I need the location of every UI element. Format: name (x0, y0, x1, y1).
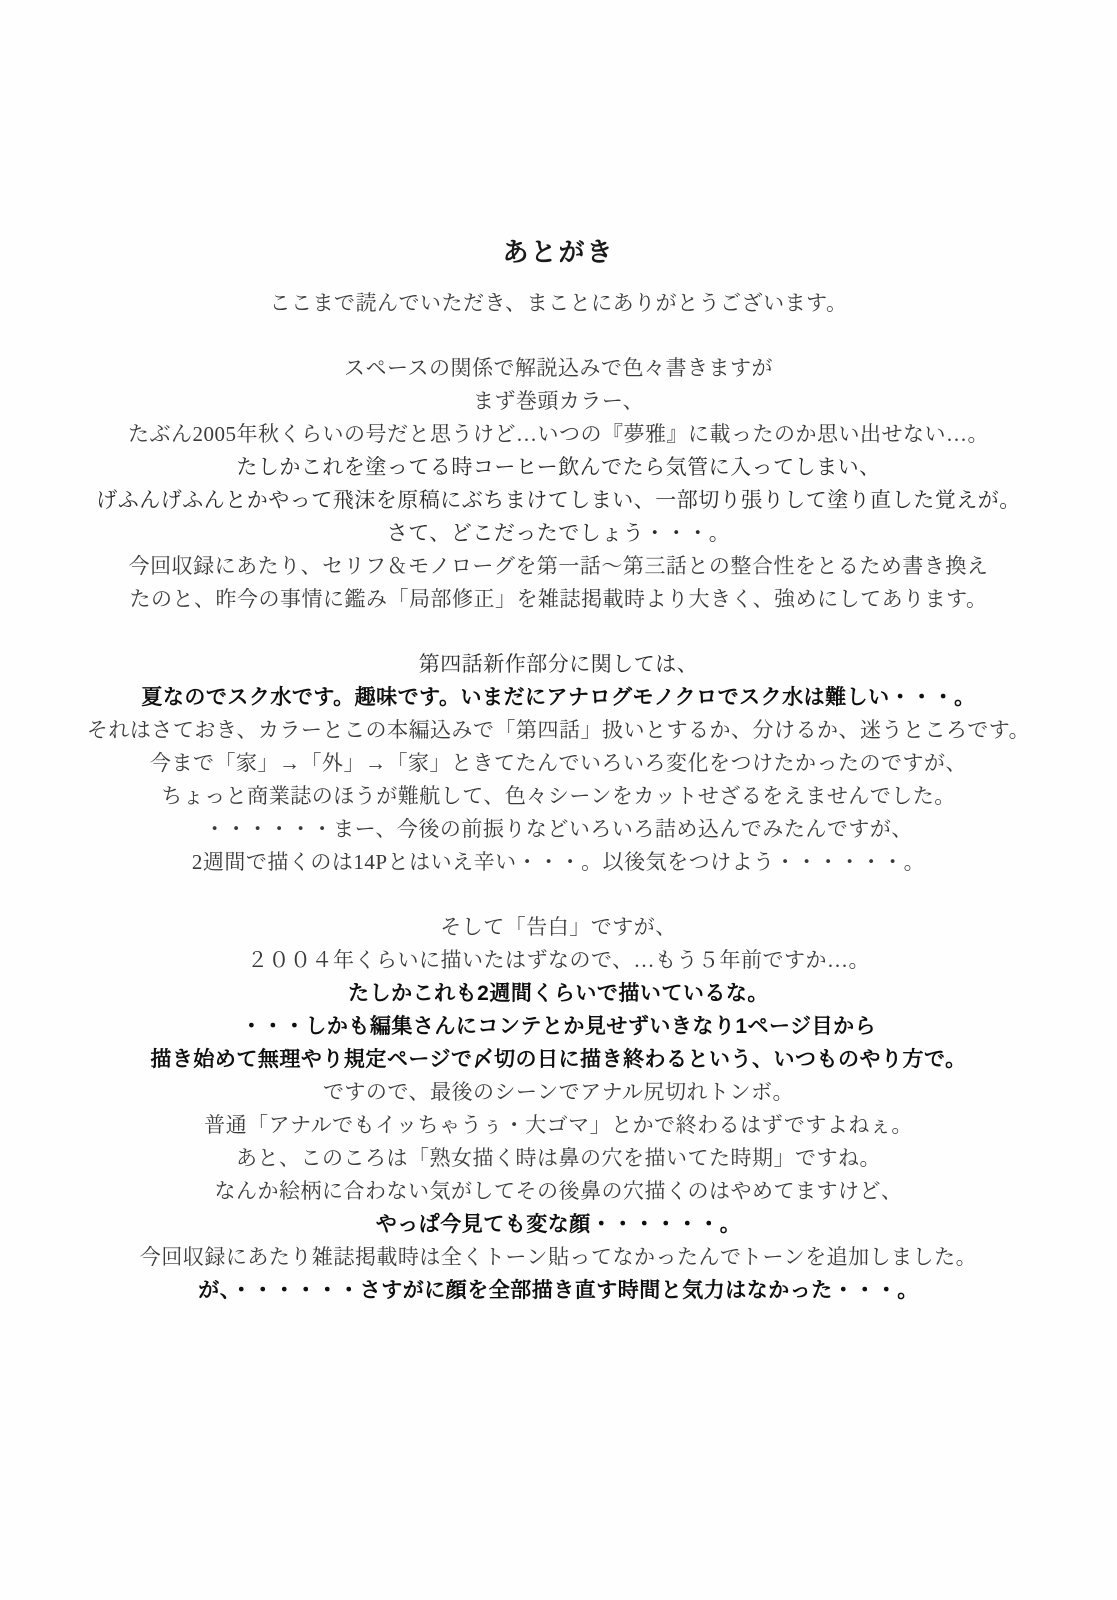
afterword-line: たしかこれも2週間くらいで描いているな。 (79, 977, 1039, 1010)
afterword-line: それはさておき、カラーとこの本編込みで「第四話」扱いとするか、分けるか、迷うとこ… (79, 714, 1039, 747)
afterword-line: ・・・しかも編集さんにコンテとか見せずいきなり1ページ目から (79, 1010, 1039, 1043)
afterword-line: スペースの関係で解説込みで色々書きますが (79, 352, 1039, 385)
afterword-line: 普通「アナルでもイッちゃうぅ・大ゴマ」とかで終わるはずですよねぇ。 (79, 1109, 1039, 1142)
afterword-line: やっぱ今見ても変な顔・・・・・・。 (79, 1208, 1039, 1241)
page-title: あとがき (79, 232, 1039, 272)
section-chapter-four: 第四話新作部分に関しては、 夏なのでスク水です。趣味です。いまだにアナログモノク… (79, 648, 1039, 879)
afterword-line: たぶん2005年秋くらいの号だと思うけど…いつの『夢雅』に載ったのか思い出せない… (79, 418, 1039, 451)
afterword-line: さて、どこだったでしょう・・・。 (79, 517, 1039, 550)
afterword-line: 今まで「家」→「外」→「家」ときてたんでいろいろ変化をつけたかったのですが、 (79, 747, 1039, 780)
afterword-line: まず巻頭カラー、 (79, 385, 1039, 418)
afterword-line: が、・・・・・・さすがに顔を全部描き直す時間と気力はなかった・・・。 (79, 1274, 1039, 1307)
afterword-line: そして「告白」ですが、 (79, 911, 1039, 944)
afterword-line: げふんげふんとかやって飛沫を原稿にぶちまけてしまい、一部切り張りして塗り直した覚… (79, 484, 1039, 517)
afterword-line: 2週間で描くのは14Pとはいえ辛い・・・。以後気をつけよう・・・・・・。 (79, 846, 1039, 879)
header-section: あとがき ここまで読んでいただき、まことにありがとうございます。 (79, 232, 1039, 320)
afterword-line: なんか絵柄に合わない気がしてその後鼻の穴描くのはやめてますけど、 (79, 1175, 1039, 1208)
afterword-line: ちょっと商業誌のほうが難航して、色々シーンをカットせざるをえませんでした。 (79, 780, 1039, 813)
afterword-line: 描き始めて無理やり規定ページで〆切の日に描き終わるという、いつものやり方で。 (79, 1043, 1039, 1076)
afterword-line: あと、このころは「熟女描く時は鼻の穴を描いてた時期」ですね。 (79, 1142, 1039, 1175)
afterword-line: 第四話新作部分に関しては、 (79, 648, 1039, 681)
afterword-line: ・・・・・・まー、今後の前振りなどいろいろ詰め込んでみたんですが、 (79, 813, 1039, 846)
afterword-line: 夏なのでスク水です。趣味です。いまだにアナログモノクロでスク水は難しい・・・。 (79, 681, 1039, 714)
afterword-line: たしかこれを塗ってる時コーヒー飲んでたら気管に入ってしまい、 (79, 451, 1039, 484)
afterword-line: 今回収録にあたり雑誌掲載時は全くトーン貼ってなかったんでトーンを追加しました。 (79, 1241, 1039, 1274)
scanned-afterword-page: あとがき ここまで読んでいただき、まことにありがとうございます。 スペースの関係… (0, 0, 1117, 1600)
afterword-line: ですので、最後のシーンでアナル尻切れトンボ。 (79, 1076, 1039, 1109)
section-kokuhaku: そして「告白」ですが、 ２００４年くらいに描いたはずなので、…もう５年前ですか…… (79, 911, 1039, 1307)
thanks-line: ここまで読んでいただき、まことにありがとうございます。 (79, 287, 1039, 320)
afterword-line: 今回収録にあたり、セリフ＆モノローグを第一話～第三話との整合性をとるため書き換え (79, 550, 1039, 583)
afterword-line: たのと、昨今の事情に鑑み「局部修正」を雑誌掲載時より大きく、強めにしてあります。 (79, 583, 1039, 616)
afterword-line: ２００４年くらいに描いたはずなので、…もう５年前ですか…。 (79, 944, 1039, 977)
section-opening-color: スペースの関係で解説込みで色々書きますが まず巻頭カラー、 たぶん2005年秋く… (79, 352, 1039, 616)
afterword-text-block: あとがき ここまで読んでいただき、まことにありがとうございます。 スペースの関係… (79, 232, 1039, 1307)
